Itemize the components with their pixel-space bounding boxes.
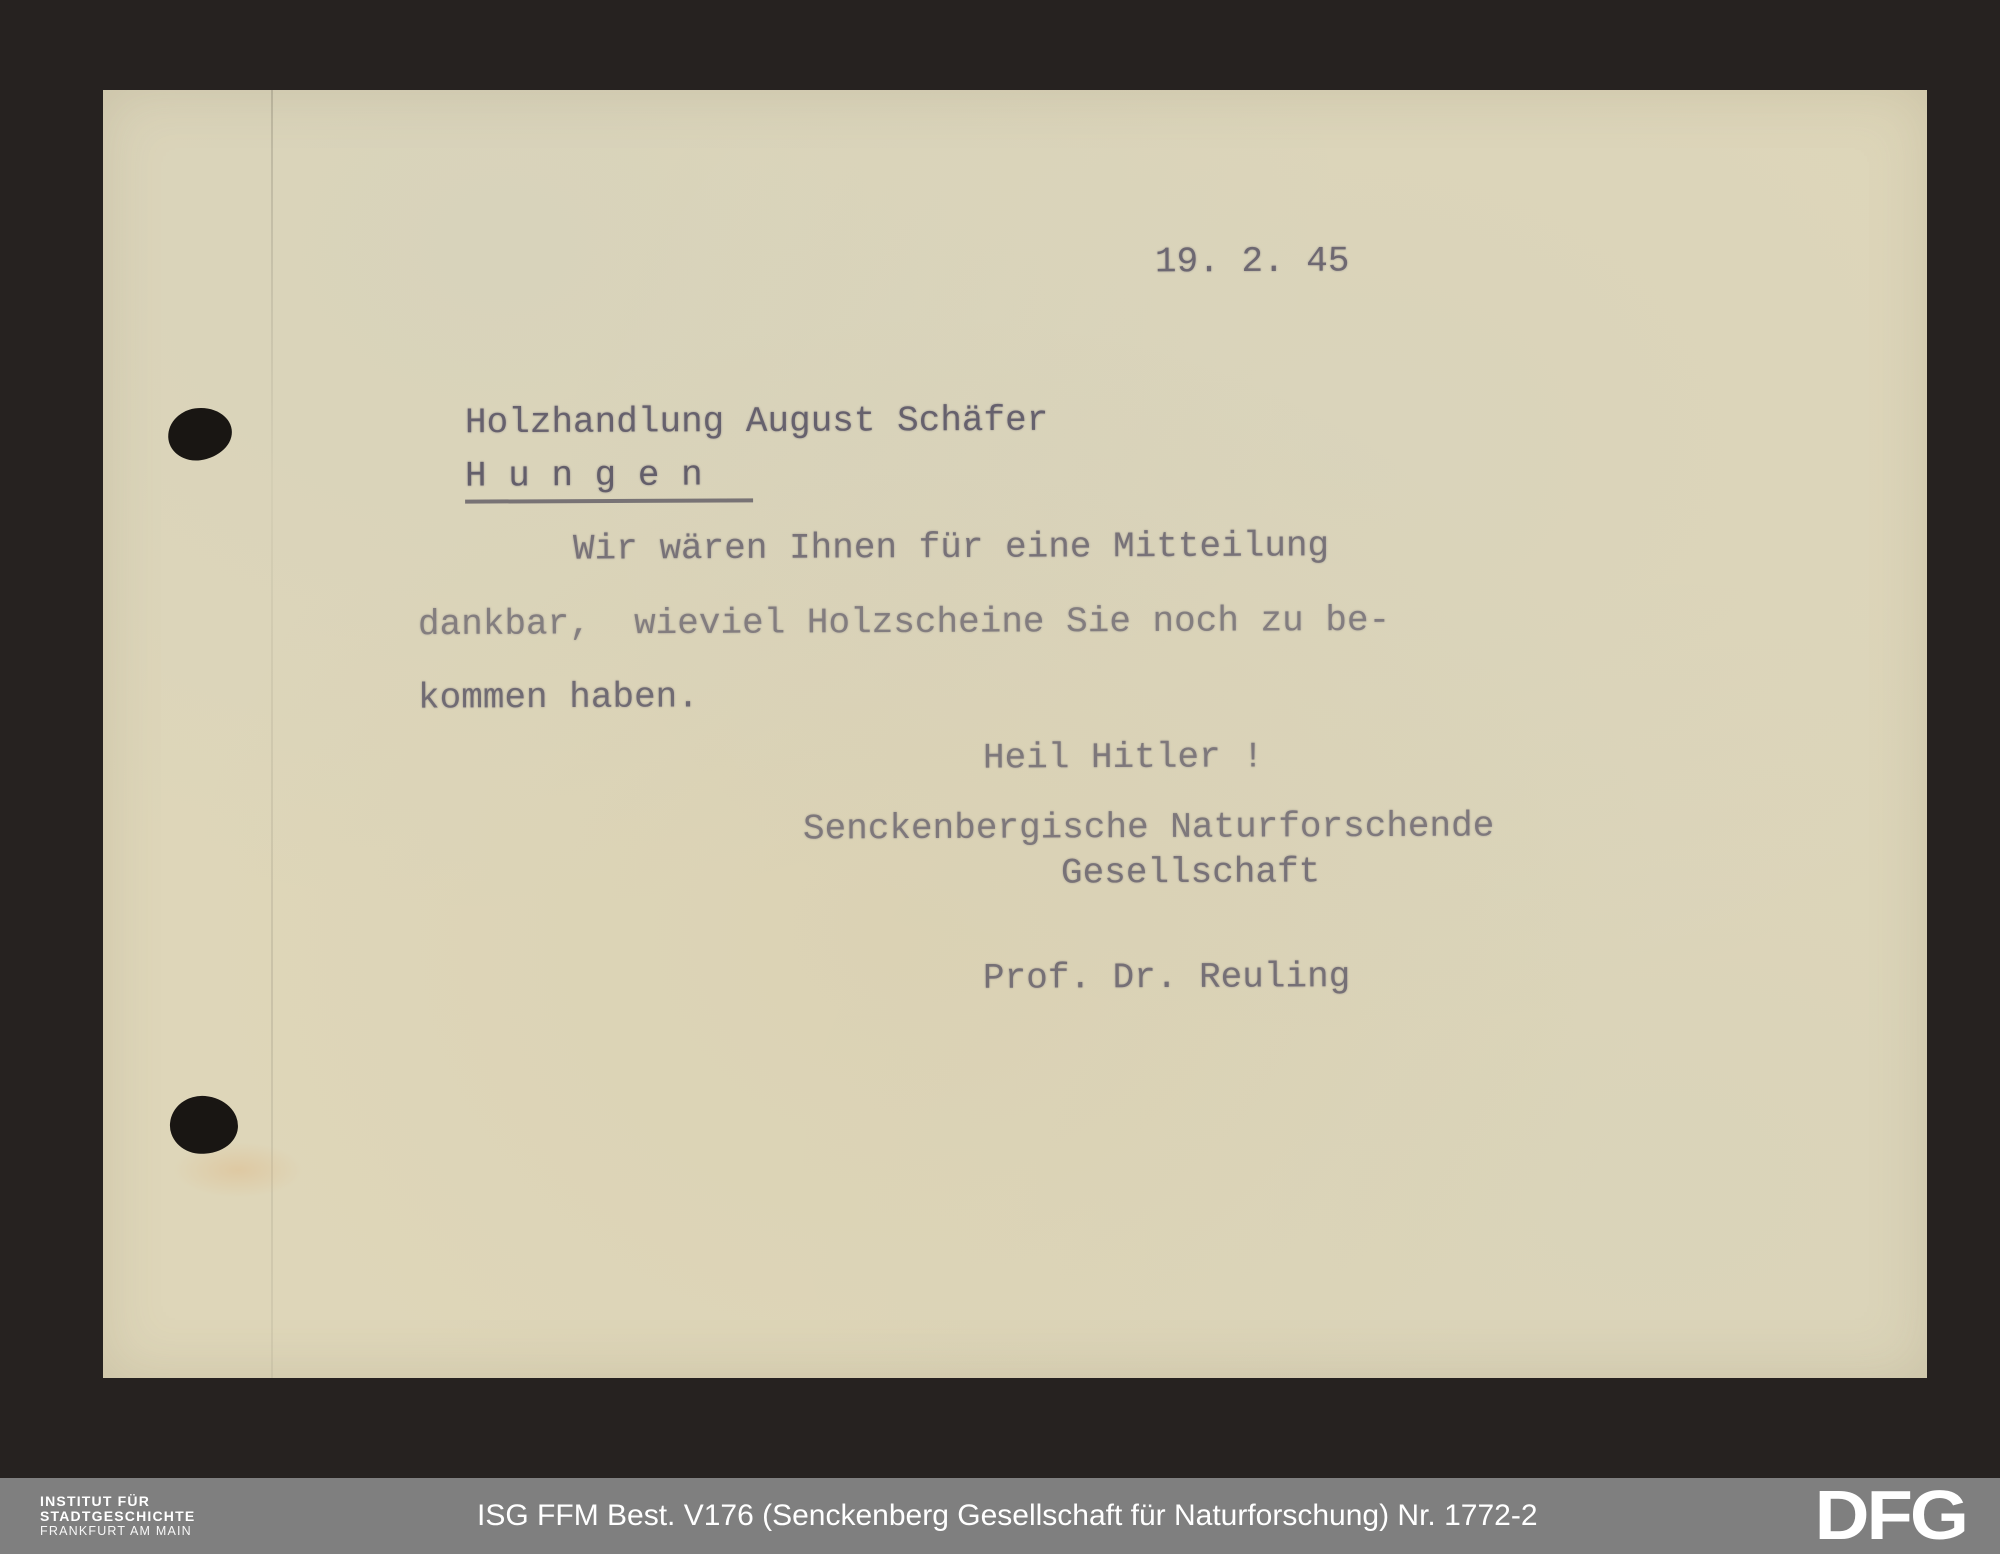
dfg-logo: DFG xyxy=(1815,1481,1966,1551)
closing-salute: Heil Hitler ! xyxy=(983,735,1264,780)
body-line-3: kommen haben. xyxy=(418,675,699,720)
body-line-2: dankbar, wieviel Holzscheine Sie noch zu… xyxy=(418,599,1390,647)
scan-viewer: 19. 2. 45 Holzhandlung August Schäfer H … xyxy=(0,0,2000,1554)
body-line-1: Wir wären Ihnen für eine Mitteilung xyxy=(573,524,1329,571)
recipient-city: H u n g e n xyxy=(465,453,753,503)
recipient-city-underlined: H u n g e n xyxy=(465,453,753,503)
recipient-name: Holzhandlung August Schäfer xyxy=(465,399,1048,446)
organization-line-2: Gesellschaft xyxy=(1061,850,1320,895)
letter-date: 19. 2. 45 xyxy=(1155,240,1350,285)
scanned-letter-page: 19. 2. 45 Holzhandlung August Schäfer H … xyxy=(103,90,1927,1378)
institute-line-3: FRANKFURT AM MAIN xyxy=(40,1524,360,1539)
archive-footer-bar: INSTITUT FÜR STADTGESCHICHTE FRANKFURT A… xyxy=(0,1478,2000,1554)
archive-reference-text: ISG FFM Best. V176 (Senckenberg Gesellsc… xyxy=(200,1499,1815,1533)
organization-line-1: Senckenbergische Naturforschende xyxy=(803,804,1494,851)
signature-name: Prof. Dr. Reuling xyxy=(983,955,1350,1001)
punch-hole-top xyxy=(165,404,236,464)
